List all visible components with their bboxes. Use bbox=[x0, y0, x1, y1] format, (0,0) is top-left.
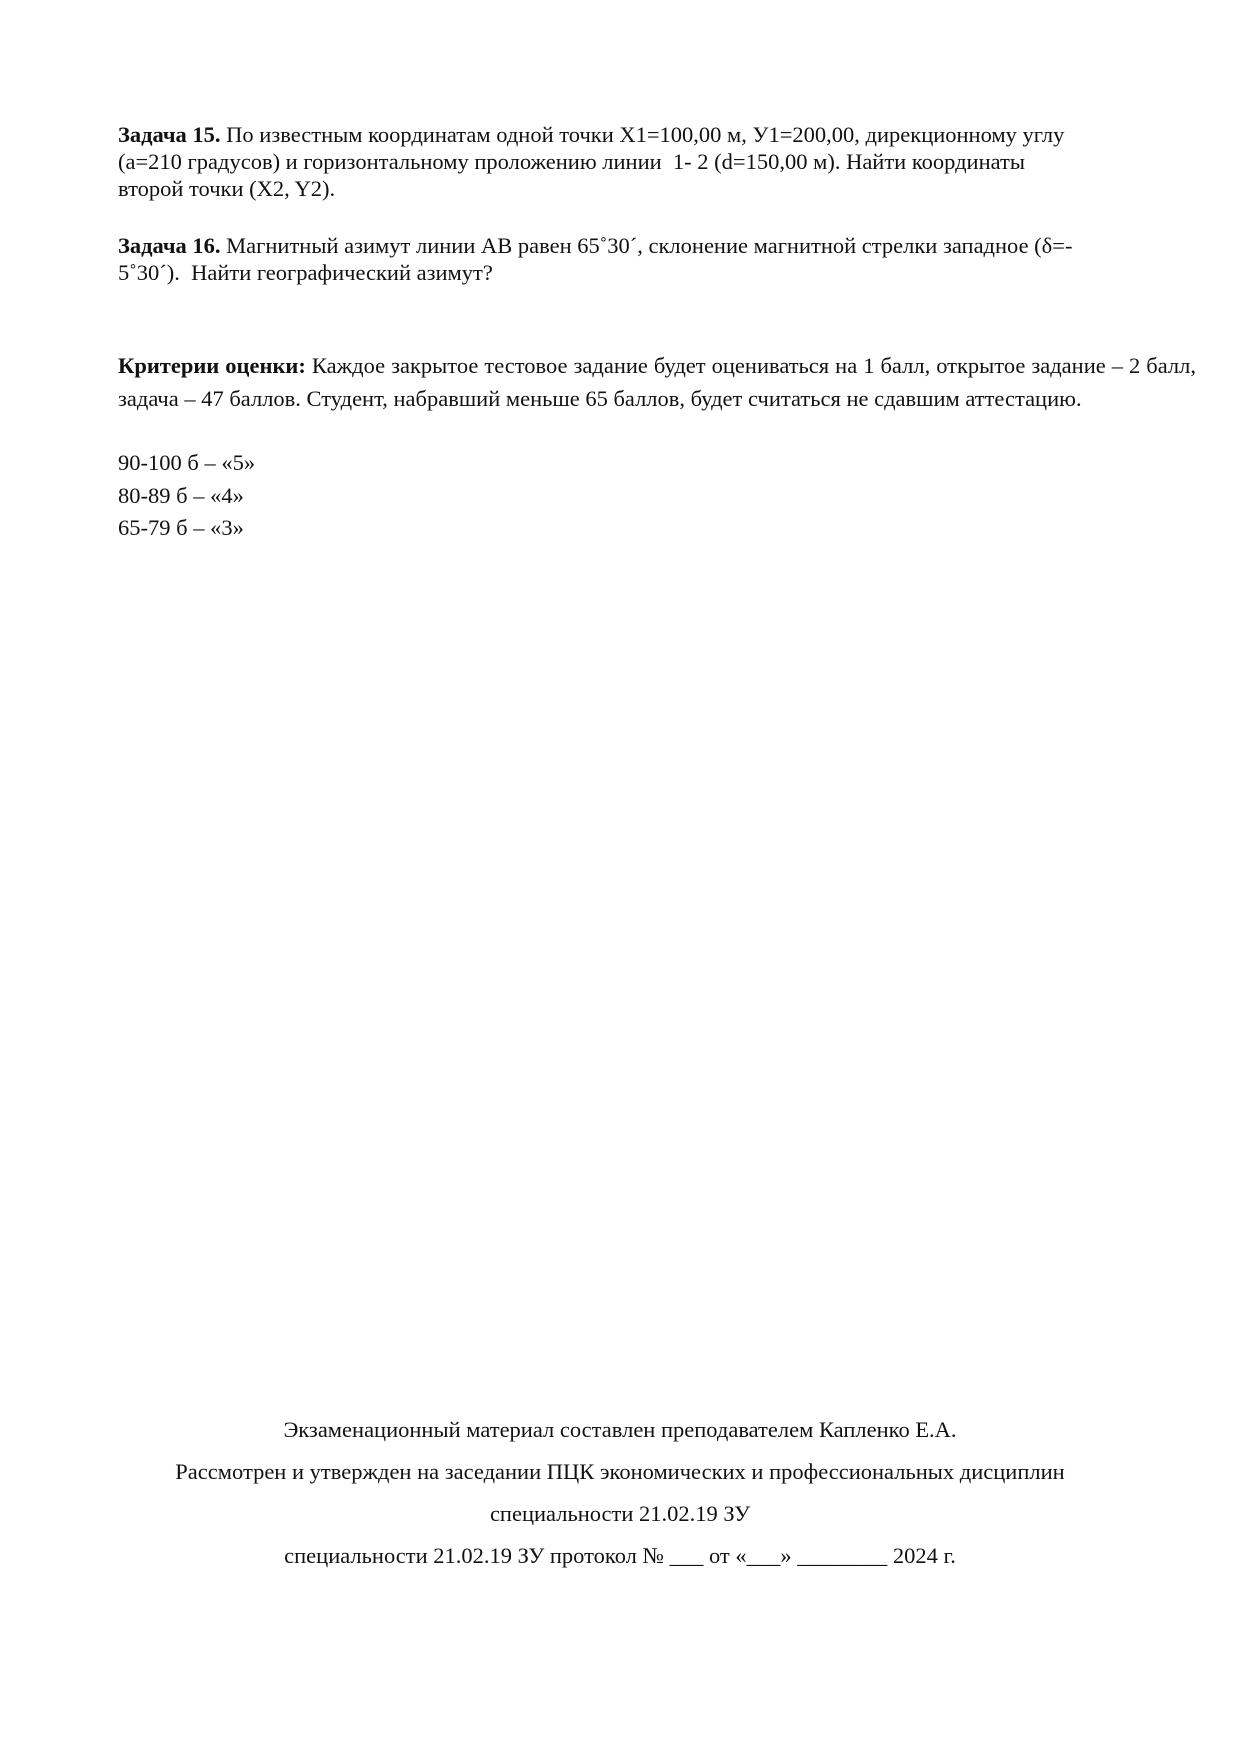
task-15-line-2: (a=210 градусов) и горизонтальному проло… bbox=[118, 148, 1196, 175]
task-15-line-1: По известным координатам одной точки X1=… bbox=[221, 122, 1065, 147]
grading-criteria: Критерии оценки: Каждое закрытое тестово… bbox=[118, 350, 1196, 415]
grading-scale: 90-100 б – «5» 80-89 б – «4» 65-79 б – «… bbox=[118, 447, 1196, 545]
footer-author: Экзаменационный материал составлен препо… bbox=[0, 1417, 1240, 1443]
task-15-line-3: второй точки (X2, Y2). bbox=[118, 175, 1196, 202]
footer-specialty: специальности 21.02.19 ЗУ bbox=[0, 1501, 1240, 1527]
task-15: Задача 15. По известным координатам одно… bbox=[118, 121, 1196, 202]
task-16-label: Задача 16. bbox=[118, 233, 221, 258]
footer-protocol: специальности 21.02.19 ЗУ протокол № ___… bbox=[0, 1543, 1240, 1569]
task-15-label: Задача 15. bbox=[118, 122, 221, 147]
grade-5-range: 90-100 б – «5» bbox=[118, 447, 1196, 480]
grade-4-range: 80-89 б – «4» bbox=[118, 480, 1196, 513]
grade-3-range: 65-79 б – «3» bbox=[118, 512, 1196, 545]
task-16: Задача 16. Магнитный азимут линии АВ рав… bbox=[118, 232, 1196, 286]
task-16-line-2: 5˚30´). Найти географический азимут? bbox=[118, 259, 1196, 286]
footer-approved: Рассмотрен и утвержден на заседании ПЦК … bbox=[0, 1459, 1240, 1485]
document-page: Задача 15. По известным координатам одно… bbox=[0, 0, 1240, 1755]
criteria-label: Критерии оценки: bbox=[118, 353, 306, 378]
task-16-line-1: Магнитный азимут линии АВ равен 65˚30´, … bbox=[221, 233, 1073, 258]
